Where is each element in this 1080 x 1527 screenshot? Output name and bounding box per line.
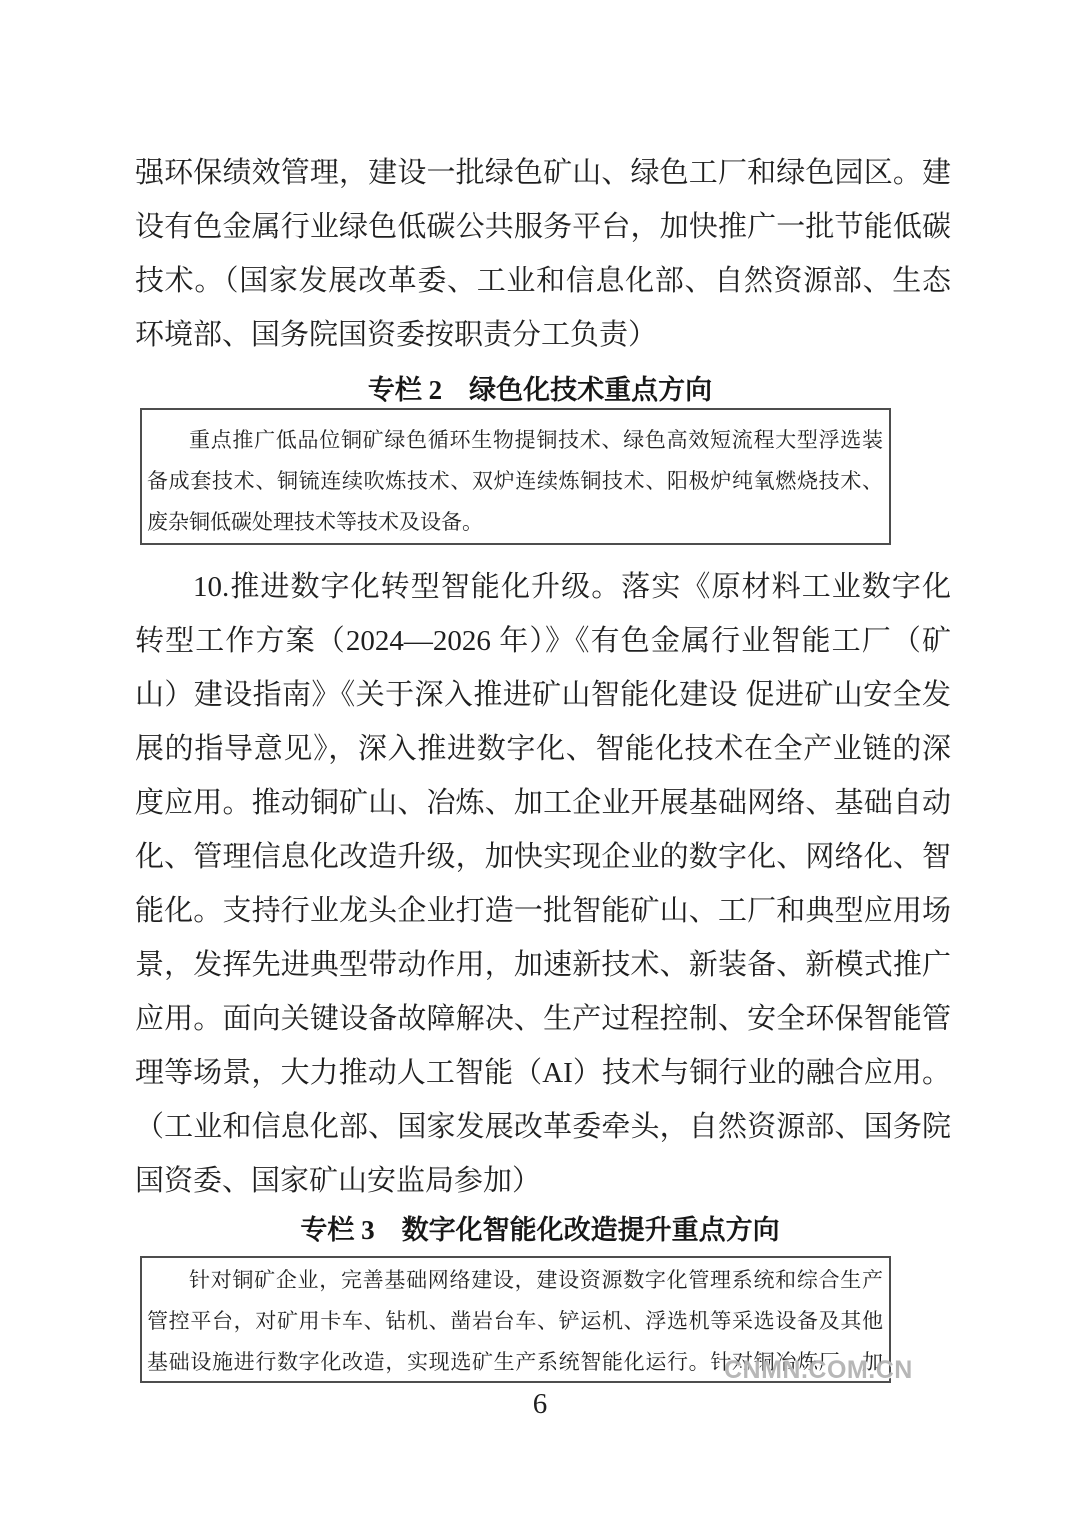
box3-title: 专栏 3 数字化智能化改造提升重点方向	[0, 1214, 1080, 1246]
text-line: 化、管理信息化改造升级，加快实现企业的数字化、网络化、智	[135, 830, 951, 884]
text-line: 能化。支持行业龙头企业打造一批智能矿山、工厂和典型应用场	[135, 884, 951, 938]
text-line: 环境部、国务院国资委按职责分工负责）	[135, 308, 951, 362]
box2-panel: 重点推广低品位铜矿绿色循环生物提铜技术、绿色高效短流程大型浮选装 备成套技术、铜…	[140, 408, 891, 545]
box2-title: 专栏 2 绿色化技术重点方向	[0, 374, 1080, 406]
text-line: 转型工作方案（2024—2026 年）》《有色金属行业智能工厂（矿	[135, 614, 951, 668]
paragraph-10: 10.推进数字化转型智能化升级。落实《原材料工业数字化 转型工作方案（2024—…	[135, 560, 951, 1208]
text-line: 国资委、国家矿山安监局参加）	[135, 1154, 951, 1208]
text-line: 度应用。推动铜矿山、冶炼、加工企业开展基础网络、基础自动	[135, 776, 951, 830]
text-line: 10.推进数字化转型智能化升级。落实《原材料工业数字化	[135, 560, 951, 614]
text-line: 应用。面向关键设备故障解决、生产过程控制、安全环保智能管	[135, 992, 951, 1046]
text-line: 设有色金属行业绿色低碳公共服务平台，加快推广一批节能低碳	[135, 200, 951, 254]
text-line: 山）建设指南》《关于深入推进矿山智能化建设 促进矿山安全发	[135, 668, 951, 722]
box-text-line: 管控平台，对矿用卡车、钻机、凿岩台车、铲运机、浮选机等采选设备及其他	[147, 1301, 883, 1342]
site-watermark: CNMN.COM.CN	[724, 1356, 913, 1385]
text-line: 技术。（国家发展改革委、工业和信息化部、自然资源部、生态	[135, 254, 951, 308]
box-text-line: 重点推广低品位铜矿绿色循环生物提铜技术、绿色高效短流程大型浮选装	[147, 420, 883, 461]
box-text-line: 备成套技术、铜锍连续吹炼技术、双炉连续炼铜技术、阳极炉纯氧燃烧技术、	[147, 461, 883, 502]
text-line: 展的指导意见》，深入推进数字化、智能化技术在全产业链的深	[135, 722, 951, 776]
box-text-line: 针对铜矿企业，完善基础网络建设，建设资源数字化管理系统和综合生产	[147, 1260, 883, 1301]
document-page: 强环保绩效管理，建设一批绿色矿山、绿色工厂和绿色园区。建 设有色金属行业绿色低碳…	[0, 0, 1080, 1527]
box-text-line: 废杂铜低碳处理技术等技术及设备。	[147, 502, 883, 543]
page-number: 6	[0, 1388, 1080, 1421]
text-line: （工业和信息化部、国家发展改革委牵头，自然资源部、国务院	[135, 1100, 951, 1154]
text-line: 强环保绩效管理，建设一批绿色矿山、绿色工厂和绿色园区。建	[135, 146, 951, 200]
text-line: 景，发挥先进典型带动作用，加速新技术、新装备、新模式推广	[135, 938, 951, 992]
text-line: 理等场景，大力推动人工智能（AI）技术与铜行业的融合应用。	[135, 1046, 951, 1100]
paragraph-continuation: 强环保绩效管理，建设一批绿色矿山、绿色工厂和绿色园区。建 设有色金属行业绿色低碳…	[135, 146, 951, 362]
